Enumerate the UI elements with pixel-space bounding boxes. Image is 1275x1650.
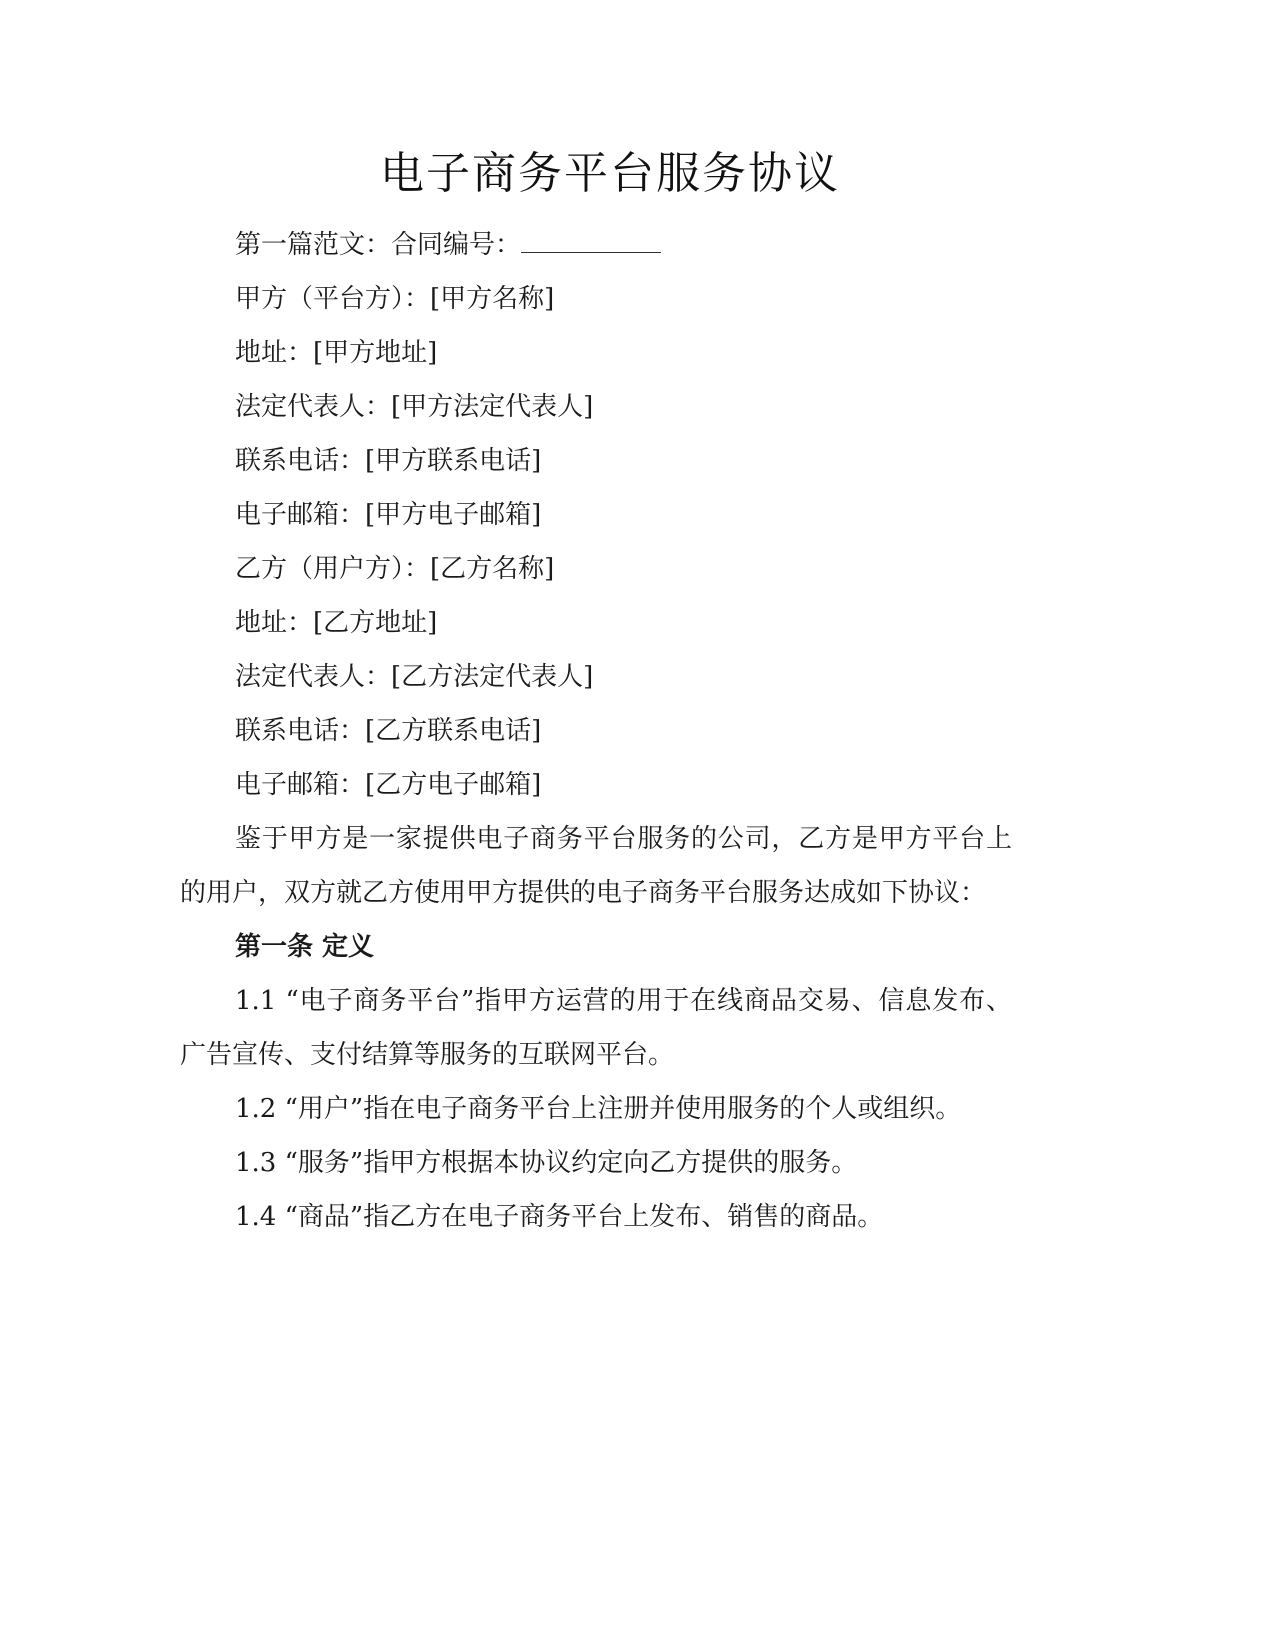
document-page: 电子商务平台服务协议 第一篇范文：合同编号： 甲方（平台方）：[甲方名称] 地址… [0,0,1275,1650]
party-a-legal-rep: 法定代表人：[甲方法定代表人] [180,380,1012,434]
clause-1-4: 1.4 “商品”指乙方在电子商务平台上发布、销售的商品。 [180,1190,1012,1244]
clause-1-3: 1.3 “服务”指甲方根据本协议约定向乙方提供的服务。 [180,1136,1012,1190]
party-a-address: 地址：[甲方地址] [180,326,1012,380]
preamble-paragraph: 鉴于甲方是一家提供电子商务平台服务的公司，乙方是甲方平台上的用户，双方就乙方使用… [180,812,1012,920]
party-b-header: 乙方（用户方）：[乙方名称] [180,542,1012,596]
clause-1-2: 1.2 “用户”指在电子商务平台上注册并使用服务的个人或组织。 [180,1082,1012,1136]
party-b-email: 电子邮箱：[乙方电子邮箱] [180,758,1012,812]
document-body: 第一篇范文：合同编号： 甲方（平台方）：[甲方名称] 地址：[甲方地址] 法定代… [180,218,1012,1244]
article-1-heading: 第一条 定义 [180,920,1012,974]
party-a-phone: 联系电话：[甲方联系电话] [180,434,1012,488]
clause-1-1: 1.1 “电子商务平台”指甲方运营的用于在线商品交易、信息发布、广告宣传、支付结… [180,974,1012,1082]
document-title: 电子商务平台服务协议 [0,142,1220,206]
party-a-email: 电子邮箱：[甲方电子邮箱] [180,488,1012,542]
contract-number-line: 第一篇范文：合同编号： [180,218,1012,272]
contract-number-blank [521,222,661,253]
party-b-legal-rep: 法定代表人：[乙方法定代表人] [180,650,1012,704]
party-b-address: 地址：[乙方地址] [180,596,1012,650]
contract-number-label: 第一篇范文：合同编号： [235,230,521,260]
party-b-phone: 联系电话：[乙方联系电话] [180,704,1012,758]
party-a-header: 甲方（平台方）：[甲方名称] [180,272,1012,326]
